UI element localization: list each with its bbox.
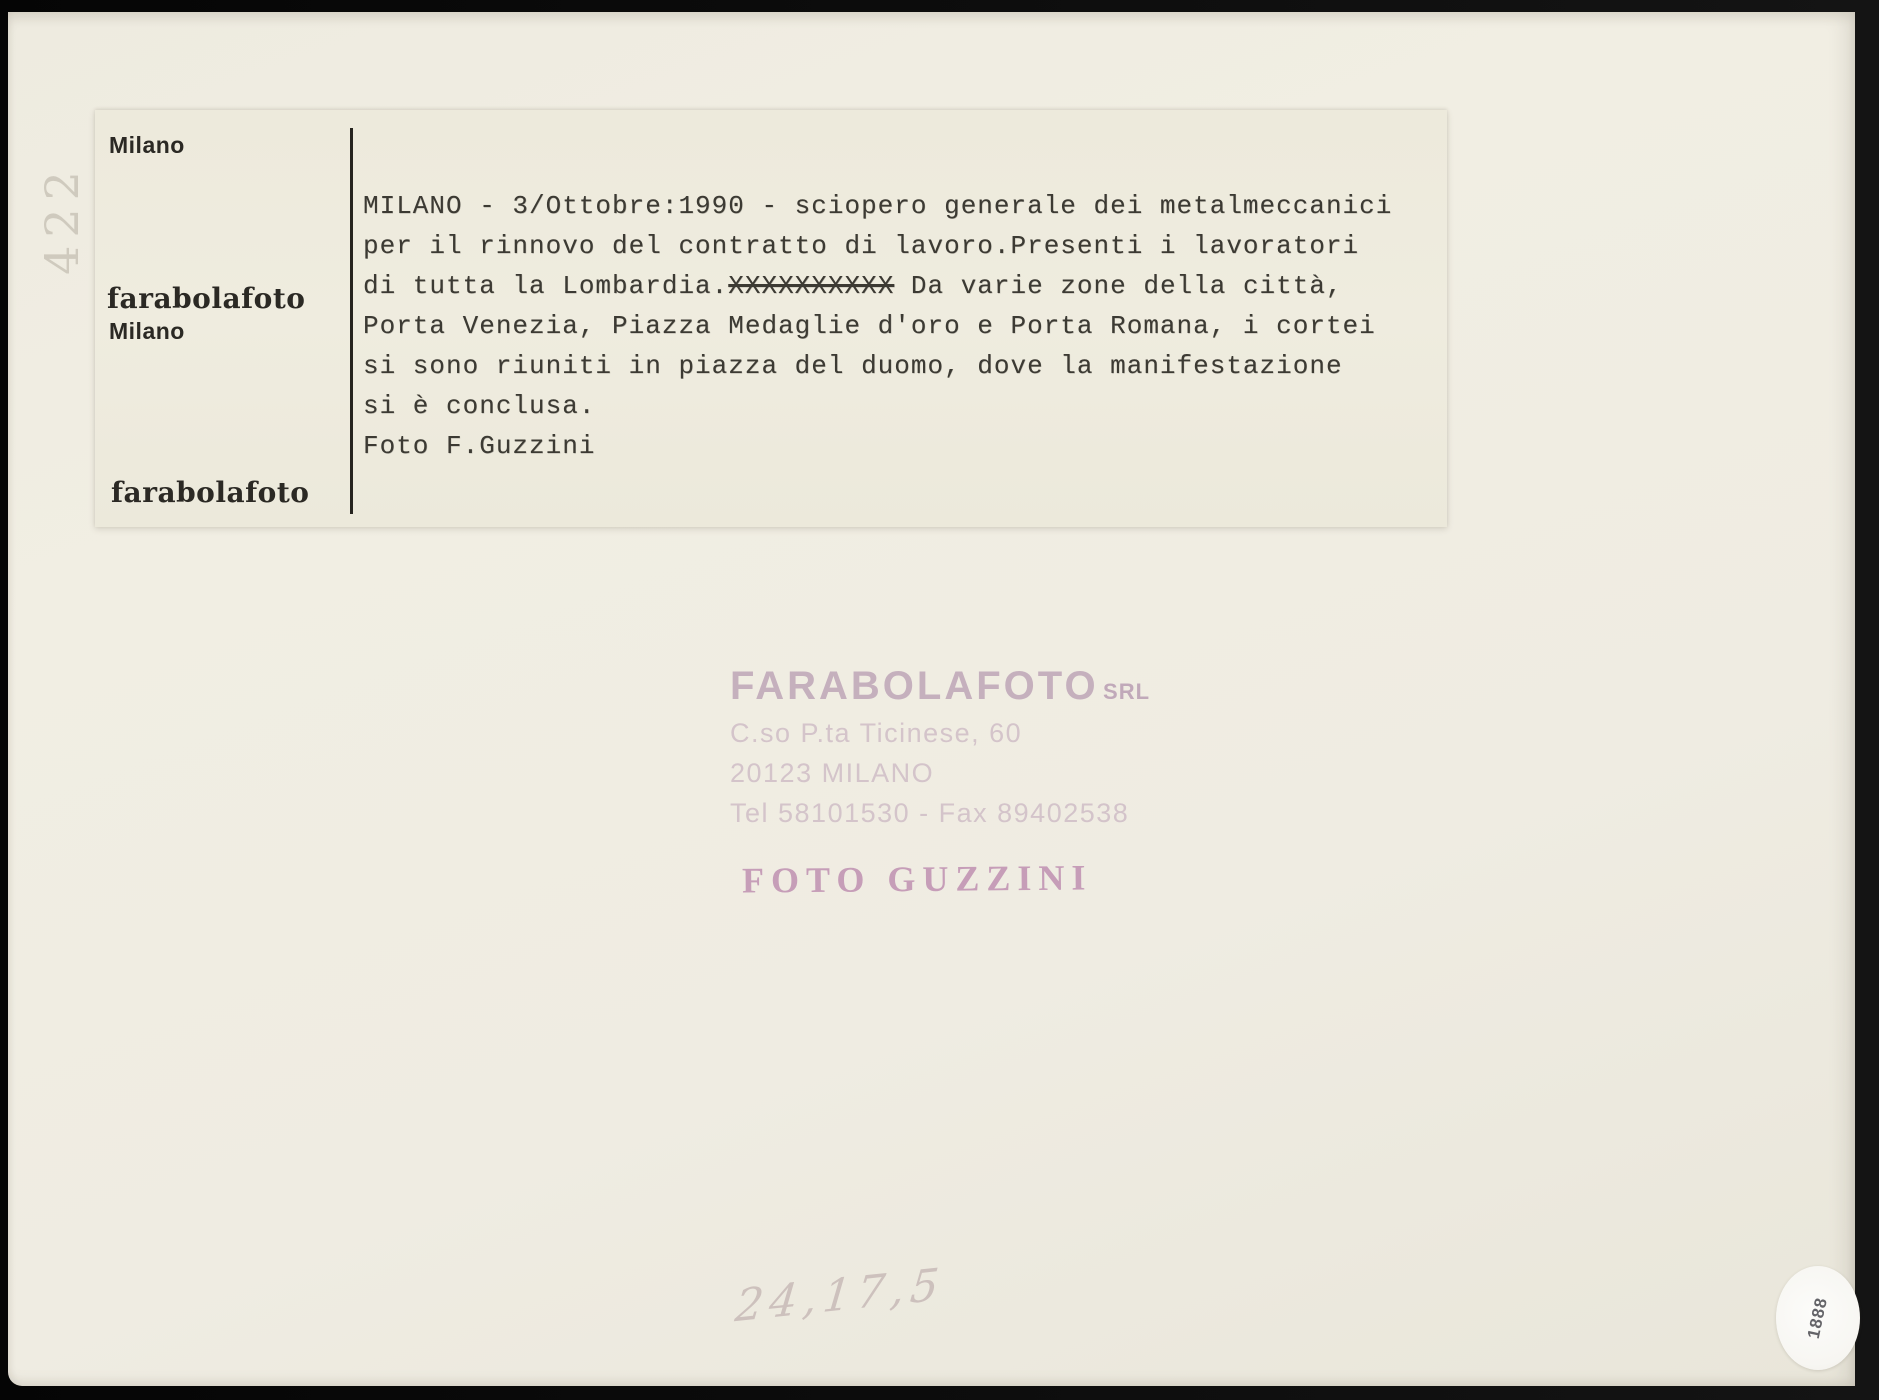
- caption-card: Milano farabolafoto Milano farabolafoto …: [95, 110, 1447, 527]
- archive-sticker: 1888: [1776, 1266, 1860, 1370]
- agency-name-bottom: farabolafoto: [111, 476, 309, 509]
- stamp-phone-line: Tel 58101530 - Fax 89402538: [730, 798, 1150, 829]
- photo-credit-line: Foto F.Guzzini: [363, 426, 1392, 466]
- agency-name: farabolafoto: [107, 282, 305, 315]
- caption-line-segment: Da varie zone della città,: [894, 271, 1342, 301]
- archive-sticker-number: 1888: [1804, 1295, 1832, 1340]
- vertical-divider-line: [350, 128, 353, 514]
- stamp-address-line: C.so P.ta Ticinese, 60: [730, 718, 1150, 749]
- caption-line: si sono riuniti in piazza del duomo, dov…: [363, 346, 1392, 386]
- stamp-address-line: 20123 MILANO: [730, 758, 1150, 789]
- caption-line: si è conclusa.: [363, 386, 1392, 426]
- agency-label-top: Milano: [109, 132, 185, 159]
- struck-out-text: XXXXXXXXXX: [728, 271, 894, 301]
- caption-line: di tutta la Lombardia.XXXXXXXXXX Da vari…: [363, 266, 1392, 306]
- stamp-agency-name: FARABOLAFOTO: [730, 664, 1099, 708]
- stamp-agency-suffix: SRL: [1103, 679, 1150, 704]
- caption-line: per il rinnovo del contratto di lavoro.P…: [363, 226, 1392, 266]
- photographer-rubber-stamp: FOTO GUZZINI: [742, 856, 1093, 901]
- photo-scan-frame: 422 Milano farabolafoto Milano farabolaf…: [0, 0, 1879, 1400]
- stamp-name-line: FARABOLAFOTO SRL: [730, 664, 1150, 709]
- photo-verso-paper: 422 Milano farabolafoto Milano farabolaf…: [8, 12, 1855, 1386]
- handwritten-size-note: 24,17,5: [733, 1259, 947, 1333]
- agency-city: Milano: [109, 318, 185, 345]
- caption-line: MILANO - 3/Ottobre:1990 - sciopero gener…: [363, 186, 1392, 226]
- caption-line-segment: di tutta la Lombardia.: [363, 271, 728, 301]
- pencil-corner-note: 422: [35, 159, 89, 279]
- typed-caption: MILANO - 3/Ottobre:1990 - sciopero gener…: [363, 186, 1392, 466]
- agency-rubber-stamp: FARABOLAFOTO SRL C.so P.ta Ticinese, 60 …: [730, 664, 1150, 829]
- caption-line: Porta Venezia, Piazza Medaglie d'oro e P…: [363, 306, 1392, 346]
